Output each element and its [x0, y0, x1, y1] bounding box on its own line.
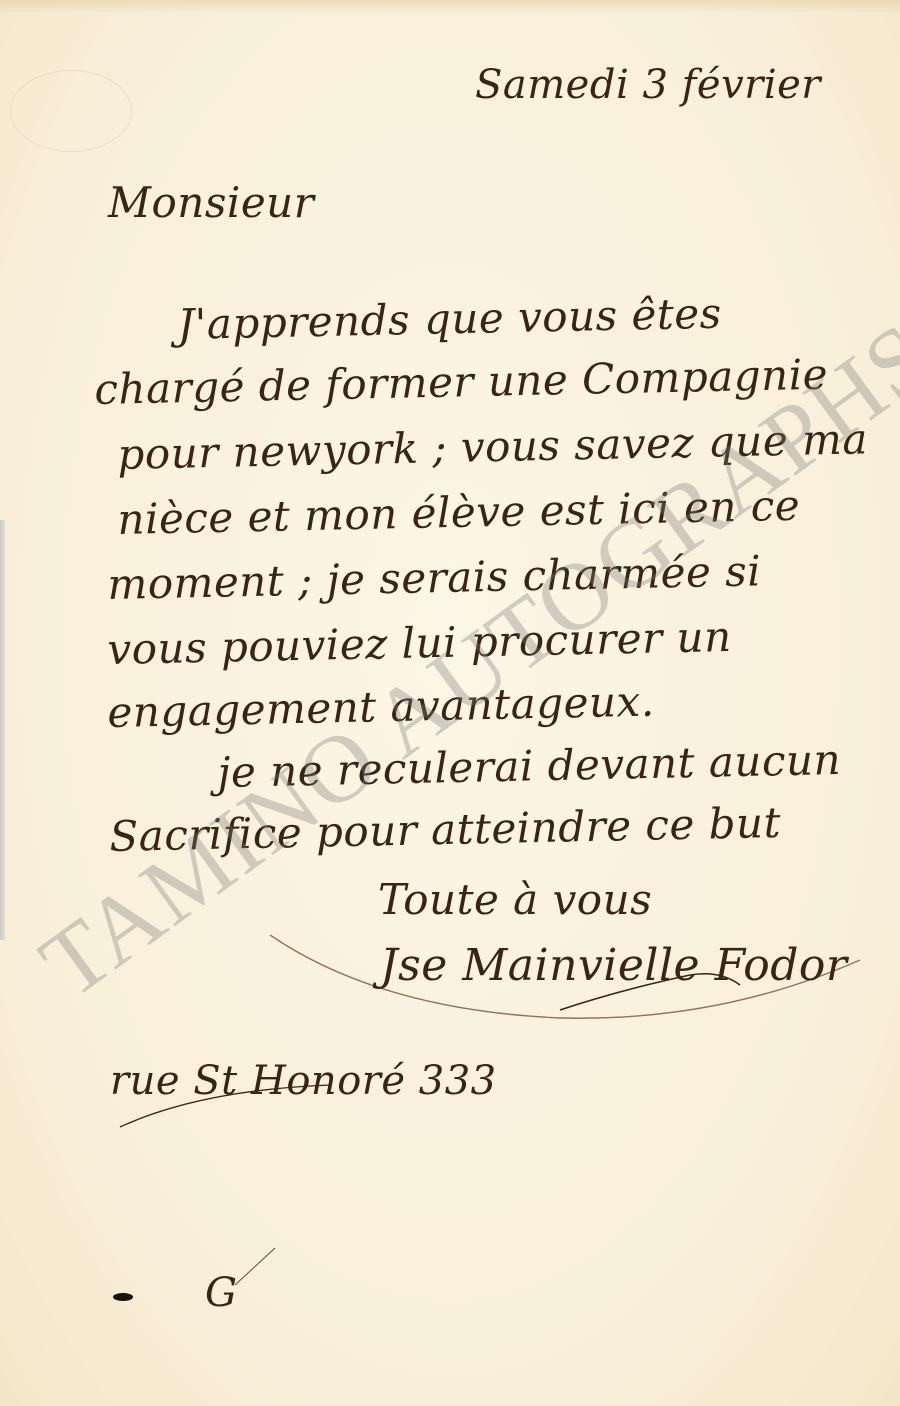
paper-stain [0, 0, 900, 14]
margin-mark: G [205, 1270, 237, 1316]
letter-address: rue St Honoré 333 [110, 1058, 497, 1104]
embossed-stamp [10, 70, 132, 152]
letter-page: Samedi 3 février Monsieur J'apprends que… [0, 0, 900, 1406]
ink-blot [113, 1293, 133, 1301]
paper-torn-edge [0, 520, 5, 940]
letter-salutation: Monsieur [108, 178, 314, 227]
letter-body-line: J'apprends que vous êtes [177, 289, 722, 349]
letter-body-line: chargé de former une Compagnie [94, 350, 828, 414]
letter-date: Samedi 3 février [475, 62, 821, 108]
letter-signature: Jse Mainvielle Fodor [380, 940, 847, 991]
letter-closing: Toute à vous [378, 875, 652, 924]
